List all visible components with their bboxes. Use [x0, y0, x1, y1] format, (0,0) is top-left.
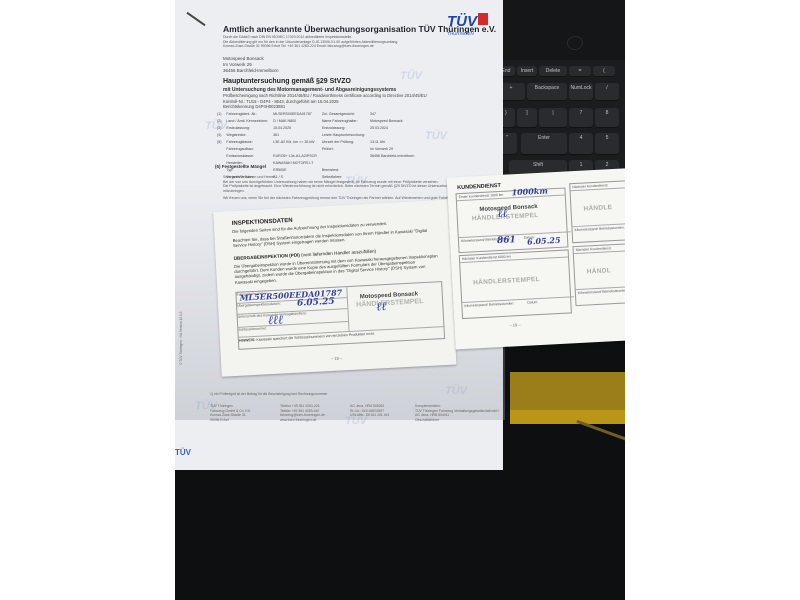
key-enter: Enter	[521, 133, 567, 155]
first-service-date-value: 6.05.25	[527, 235, 561, 247]
laptop-hinge	[495, 0, 625, 60]
defects-heading: (6) Festgestellte Mängel	[215, 164, 266, 169]
first-service-km-handwritten: 1000km	[511, 185, 548, 197]
vehicle-field-row: Fahrzeugaufbau:Prüfort:Im Vorwerk 29	[217, 147, 417, 152]
vehicle-data-table: (1)Fahrzeugident.-Nr.:MLSERS00EEDA01787Z…	[215, 110, 419, 182]
key-backslash: |	[539, 108, 567, 128]
vehicle-field-row: (3)Erstzulassung:15.04.2025Erstzulassung…	[217, 126, 417, 131]
booklet-page-inspection: INSPEKTIONSDATEN Die folgenden Seiten si…	[213, 200, 456, 377]
vehicle-field-row: Emissionsklasse:EURO5+ L3e-A1-A2/PSCR364…	[217, 154, 417, 159]
report-header-subtitle: Durch die DAkkS nach DIN EN ISO/IEC 1702…	[223, 35, 433, 49]
inspection-details: Prüfbescheinigung nach Richtlinie 2014/4…	[223, 93, 493, 110]
key-slash: /	[595, 83, 619, 101]
page-number-18: – 18 –	[331, 355, 342, 361]
inspection-title: Hauptuntersuchung gemäß §29 StVZO	[223, 78, 351, 85]
key-8: 8	[595, 108, 619, 128]
tuv-shield-icon	[478, 13, 488, 25]
power-button-icon	[567, 36, 583, 50]
pdi-date-value: 6.05.25	[297, 297, 335, 309]
key-delete: Delete	[539, 66, 567, 77]
key-backspace: Backspace	[527, 83, 567, 101]
key-7: 7	[569, 108, 593, 128]
yellow-surface-edge	[510, 410, 625, 424]
key-equals: =	[569, 66, 591, 77]
first-service-box: Erster Kundendienst 1000 km 1000km Motos…	[456, 188, 569, 254]
booklet-page-service: KUNDENDIENST Erster Kundendienst 1000 km…	[447, 167, 625, 349]
key-bracket2: ]	[517, 108, 537, 128]
side-version-text: © TÜV Thüringen · HU Version 12.1.5	[179, 312, 183, 365]
key-5: 5	[595, 133, 619, 155]
first-service-km-value: 861	[497, 235, 516, 246]
vehicle-field-row: (5)Fahrzeugklasse:L3E-A2 Kfz, km >= 35 k…	[217, 140, 417, 145]
key-paren: (	[593, 66, 615, 77]
second-service-box: Nächster Kundendienst 6000 km HÄNDLERSTE…	[459, 249, 572, 319]
third-service-box: Nächster Kundendienst HÄNDLE Kilometerst…	[569, 179, 625, 243]
vehicle-field-row: (1)Fahrzeugident.-Nr.:MLSERS00EEDA01787Z…	[217, 112, 417, 117]
footer-column-3: AG Jena, HRA 505262St.-Nr.: 151/158/3289…	[350, 404, 389, 418]
tuv-logo: TÜV THÜRINGEN	[447, 13, 493, 36]
footer-note: 1) ein Prüfentgelt ist der Betrag für di…	[210, 392, 327, 397]
photo-scene: End Insert Delete = ( + Backspace NumLoc…	[175, 0, 625, 600]
vehicle-field-row: (2)Land / Amtl. Kennzeichen:D / MAK N800…	[217, 119, 417, 124]
fourth-service-box: Nächster Kundendienst HÄNDL Kilometersta…	[572, 242, 625, 306]
recipient-address: Motospeed Bonsack Im Vorwerk 29 36456 Ba…	[223, 56, 279, 74]
footer-column-2: Telefon +49 361 4283-224Telefax +49 361 …	[280, 404, 325, 422]
key-4: 4	[569, 133, 593, 155]
service-heading: KUNDENDIENST	[457, 183, 501, 191]
pdi-form: Fahrgestellnummer ML5ER500EEDA01787 Über…	[235, 281, 445, 350]
key-numlock: NumLock	[569, 83, 593, 101]
service-booklet: INSPEKTIONSDATEN Die folgenden Seiten si…	[212, 168, 625, 385]
pen-mark	[186, 12, 205, 26]
dealer-stamp: Motospeed Bonsack HÄNDLERSTEMPEL ℓℓ	[346, 282, 444, 331]
footer-column-1: TÜV ThüringenFahrzeug GmbH & Co. KGKonra…	[210, 404, 250, 422]
vehicle-field-row: (4)Wegstrecke:361Letzte Hauptuntersuchun…	[217, 133, 417, 138]
key-insert: Insert	[517, 66, 537, 77]
tuv-footer-logo: TÜV	[175, 448, 191, 457]
page-number-19: – 19 –	[509, 322, 520, 328]
footer-column-4: Komplementärin:TÜV Thüringen Fahrzeug Ve…	[415, 404, 499, 422]
